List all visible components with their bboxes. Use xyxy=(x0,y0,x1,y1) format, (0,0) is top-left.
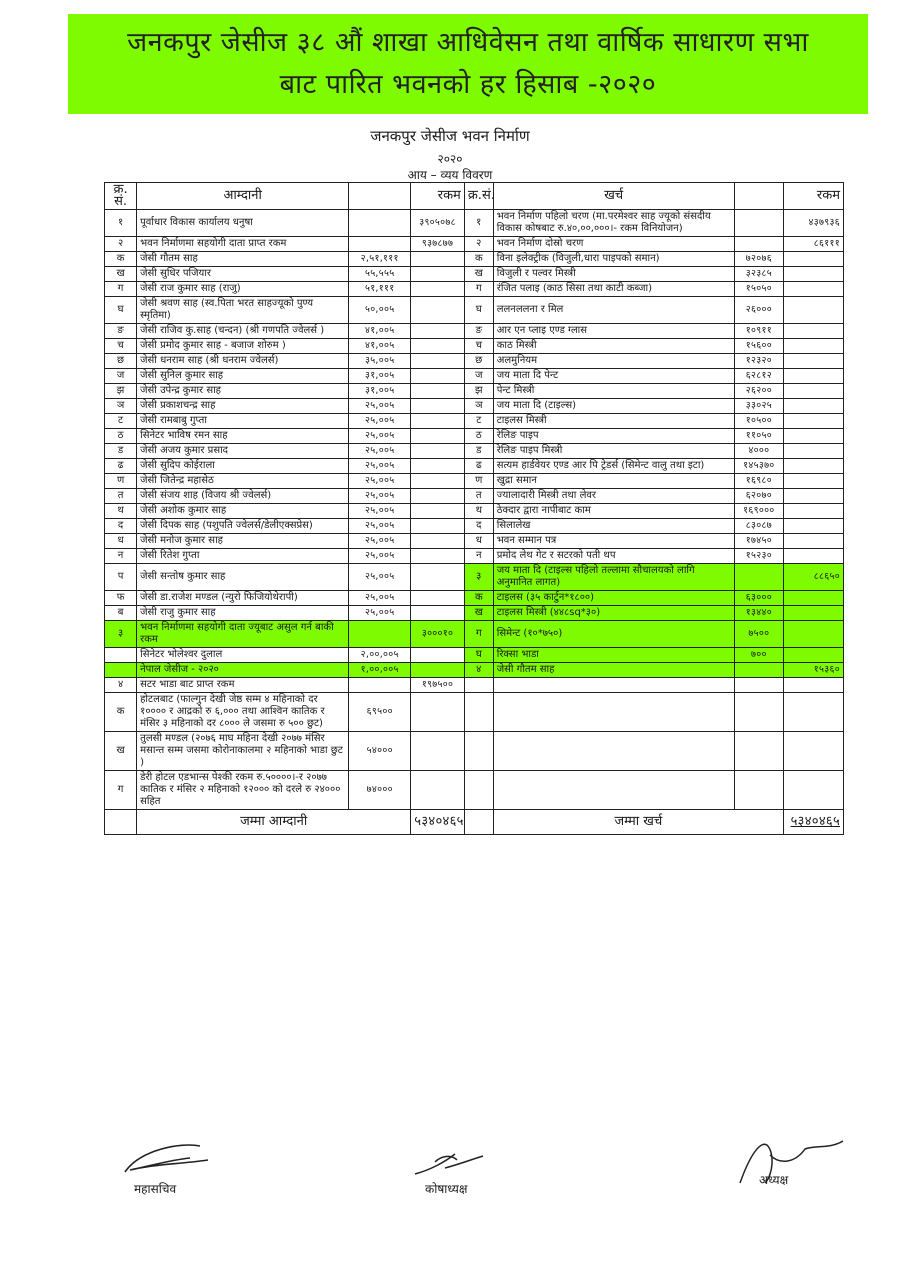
document-title: जनकपुर जेसीज भवन निर्माण xyxy=(0,126,900,146)
total-blank-1 xyxy=(105,810,137,835)
row-sn2: ठ xyxy=(464,429,493,444)
row-income-subamount: २५,००५ xyxy=(349,489,411,504)
row-expense-desc: विना इलेक्ट्रीक (विजुली,धारा पाइपको समान… xyxy=(493,252,734,267)
row-income-amount xyxy=(411,429,465,444)
row-income-amount xyxy=(411,282,465,297)
row-sn: २ xyxy=(105,237,137,252)
row-expense-amount xyxy=(783,648,843,663)
row-income-subamount xyxy=(349,210,411,237)
row-sn: छ xyxy=(105,354,137,369)
row-expense-subamount: ६२०७० xyxy=(734,489,783,504)
row-income-subamount: २५,००५ xyxy=(349,564,411,591)
row-expense-desc: टाइलस (३५ कार्टुन*१८००) xyxy=(493,591,734,606)
header-income-blank xyxy=(349,183,411,210)
row-income-subamount: २,५१,१११ xyxy=(349,252,411,267)
row-income-desc: जेसी अशोक कुमार साह xyxy=(137,504,349,519)
row-income-subamount: २५,००५ xyxy=(349,519,411,534)
row-sn: न xyxy=(105,549,137,564)
row-income-desc: जेसी राजिव कु.साह (चन्दन) (श्री गणपति ज्… xyxy=(137,324,349,339)
row-income-amount xyxy=(411,399,465,414)
header-income-amount: रकम xyxy=(411,183,465,210)
row-income-desc: जेसी राज कुमार साह (राजु) xyxy=(137,282,349,297)
table-row: नेपाल जेसीज - २०२०१,००,००५४जेसी गौतम साह… xyxy=(105,663,844,678)
header-sn2: क्र.सं. xyxy=(464,183,493,210)
row-expense-subamount xyxy=(734,771,783,810)
row-sn xyxy=(105,663,137,678)
row-income-subamount: ३५,००५ xyxy=(349,354,411,369)
row-income-desc: पूर्वाधार विकास कार्यालय धनुषा xyxy=(137,210,349,237)
row-expense-amount xyxy=(783,678,843,693)
row-expense-amount: ८८६५० xyxy=(783,564,843,591)
row-income-desc: भवन निर्माणमा सहयोगी दाता ज्यूबाट असुल ग… xyxy=(137,621,349,648)
table-header-row: क्र. सं. आम्दानी रकम क्र.सं. खर्च रकम xyxy=(105,183,844,210)
row-sn: द xyxy=(105,519,137,534)
row-income-amount xyxy=(411,693,465,732)
header-sn: क्र. सं. xyxy=(105,183,137,210)
row-sn2: ङ xyxy=(464,324,493,339)
row-income-desc: जेसी उपेन्द्र कुमार साह xyxy=(137,384,349,399)
row-sn: ढ xyxy=(105,459,137,474)
row-expense-subamount xyxy=(734,693,783,732)
row-income-subamount: २५,००५ xyxy=(349,399,411,414)
row-expense-desc: काठ मिस्त्री xyxy=(493,339,734,354)
row-income-desc: जेसी रामबाबु गुप्ता xyxy=(137,414,349,429)
row-expense-desc: टाइलस मिस्त्री (४४८sq*३०) xyxy=(493,606,734,621)
row-sn2: ड xyxy=(464,444,493,459)
general-secretary-label: महासचिव xyxy=(134,1180,210,1197)
row-expense-subamount: ६२८१२ xyxy=(734,369,783,384)
row-expense-subamount: १७४५० xyxy=(734,534,783,549)
row-sn2: झ xyxy=(464,384,493,399)
row-sn2: थ xyxy=(464,504,493,519)
row-expense-subamount: २६२०० xyxy=(734,384,783,399)
row-sn2: ध xyxy=(464,534,493,549)
row-sn2: ढ xyxy=(464,459,493,474)
totals-row: जम्मा आम्दानी ५३४०४६५ जम्मा खर्च ५३४०४६५ xyxy=(105,810,844,835)
row-expense-subamount: १५२३० xyxy=(734,549,783,564)
row-expense-desc xyxy=(493,678,734,693)
row-expense-amount xyxy=(783,489,843,504)
row-expense-desc: ठेक्दार द्वारा नापीबाट काम xyxy=(493,504,734,519)
row-income-desc: जेसी दिपक साह (पशुपति ज्वेलर्स/डेलीएक्सप… xyxy=(137,519,349,534)
row-sn2: १ xyxy=(464,210,493,237)
row-income-subamount: २५,००५ xyxy=(349,444,411,459)
row-sn: ३ xyxy=(105,621,137,648)
row-income-desc: जेसी संजय शाह (विजय श्री ज्वेलर्स) xyxy=(137,489,349,504)
row-sn: क xyxy=(105,693,137,732)
row-income-desc: जेसी श्रवण साह (स्व.पिता भरत साहज्यूको प… xyxy=(137,297,349,324)
row-expense-desc: पेन्ट मिस्त्री xyxy=(493,384,734,399)
row-income-subamount: २५,००५ xyxy=(349,534,411,549)
row-income-amount xyxy=(411,504,465,519)
row-sn: ञ xyxy=(105,399,137,414)
row-income-desc: जेसी सन्तोष कुमार साह xyxy=(137,564,349,591)
table-row: कजेसी गौतम साह२,५१,१११कविना इलेक्ट्रीक (… xyxy=(105,252,844,267)
row-income-subamount xyxy=(349,621,411,648)
income-total-value: ५३४०४६५ xyxy=(411,810,465,835)
signature-general-secretary: महासचिव xyxy=(120,1140,210,1197)
row-income-subamount: २५,००५ xyxy=(349,591,411,606)
signature-president: अध्यक्ष xyxy=(735,1135,845,1188)
document-subtitle: आय – व्यय विवरण xyxy=(0,166,900,183)
row-sn2 xyxy=(464,693,493,732)
treasurer-label: कोषाध्यक्ष xyxy=(425,1180,485,1197)
row-expense-desc: भवन सम्मान पत्र xyxy=(493,534,734,549)
row-income-desc: डेरी होटल एडभान्स पेश्की रकम रु.५००००।-र… xyxy=(137,771,349,810)
row-income-amount xyxy=(411,549,465,564)
row-expense-subamount: १२३२० xyxy=(734,354,783,369)
row-expense-desc: रिक्सा भाडा xyxy=(493,648,734,663)
banner-line-1: जनकपुर जेसीज ३८ औं शाखा आधिवेसन तथा वार्… xyxy=(68,14,868,58)
table-row: छजेसी धनराम साह (श्री धनराम ज्वेलर्स)३५,… xyxy=(105,354,844,369)
row-expense-amount xyxy=(783,399,843,414)
row-expense-subamount: १३४४० xyxy=(734,606,783,621)
row-income-desc: जेसी डा.राजेश मण्डल (न्युरो फिजियोथेरापी… xyxy=(137,591,349,606)
row-expense-subamount: १५०५० xyxy=(734,282,783,297)
row-income-subamount: २५,००५ xyxy=(349,606,411,621)
row-sn: थ xyxy=(105,504,137,519)
row-expense-subamount xyxy=(734,732,783,771)
row-expense-subamount: १०९११ xyxy=(734,324,783,339)
row-expense-subamount xyxy=(734,210,783,237)
row-sn: ज xyxy=(105,369,137,384)
row-income-subamount: २५,००५ xyxy=(349,414,411,429)
table-row: टजेसी रामबाबु गुप्ता२५,००५टटाइलस मिस्त्र… xyxy=(105,414,844,429)
row-income-subamount: २,००,००५ xyxy=(349,648,411,663)
income-total-label: जम्मा आम्दानी xyxy=(137,810,411,835)
row-expense-subamount: ७५०० xyxy=(734,621,783,648)
table-row: बजेसी राजु कुमार साह२५,००५खटाइलस मिस्त्र… xyxy=(105,606,844,621)
row-expense-amount xyxy=(783,429,843,444)
row-sn2: ४ xyxy=(464,663,493,678)
row-income-subamount: १,००,००५ xyxy=(349,663,411,678)
row-sn2: त xyxy=(464,489,493,504)
row-income-desc: सिनेटर भाविष रमन साह xyxy=(137,429,349,444)
row-expense-desc: रेलिङ पाइप मिस्त्री xyxy=(493,444,734,459)
row-income-amount: ३०००१० xyxy=(411,621,465,648)
table-row: ढजेसी सुदिप कोईराला२५,००५ढसत्यम हार्डवेय… xyxy=(105,459,844,474)
row-income-subamount xyxy=(349,678,411,693)
row-income-subamount: ४१,००५ xyxy=(349,339,411,354)
row-sn2: घ xyxy=(464,648,493,663)
row-expense-desc: जय माता दि (टाइल्स) xyxy=(493,399,734,414)
table-row: डजेसी अजय कुमार प्रसाद२५,००५डरेलिङ पाइप … xyxy=(105,444,844,459)
row-income-desc: जेसी गौतम साह xyxy=(137,252,349,267)
row-sn: ख xyxy=(105,732,137,771)
row-expense-desc: आर एन प्लाइ एण्ड ग्लास xyxy=(493,324,734,339)
row-sn: ब xyxy=(105,606,137,621)
row-expense-desc: रेलिङ पाइप xyxy=(493,429,734,444)
row-income-subamount: ३१,००५ xyxy=(349,384,411,399)
row-expense-subamount xyxy=(734,564,783,591)
row-income-amount xyxy=(411,267,465,282)
row-sn: त xyxy=(105,489,137,504)
row-expense-subamount: २६००० xyxy=(734,297,783,324)
row-expense-amount xyxy=(783,444,843,459)
row-expense-amount xyxy=(783,606,843,621)
table-row: घजेसी श्रवण साह (स्व.पिता भरत साहज्यूको … xyxy=(105,297,844,324)
row-expense-amount xyxy=(783,474,843,489)
row-expense-amount xyxy=(783,339,843,354)
signature-treasurer: कोषाध्यक्ष xyxy=(405,1140,485,1197)
row-income-amount xyxy=(411,606,465,621)
row-income-subamount: ६९५०० xyxy=(349,693,411,732)
table-row: १पूर्वाधार विकास कार्यालय धनुषा३९०५०७८१भ… xyxy=(105,210,844,237)
row-expense-subamount: ७२०७६ xyxy=(734,252,783,267)
row-sn2 xyxy=(464,732,493,771)
row-expense-desc: सिलालेख xyxy=(493,519,734,534)
row-sn: ण xyxy=(105,474,137,489)
row-expense-desc: जय माता दि पेन्ट xyxy=(493,369,734,384)
header-income: आम्दानी xyxy=(137,183,349,210)
row-expense-desc: खुद्रा समान xyxy=(493,474,734,489)
row-expense-amount xyxy=(783,534,843,549)
row-expense-desc xyxy=(493,771,734,810)
row-expense-desc: टाइलस मिस्त्री xyxy=(493,414,734,429)
table-row: ङजेसी राजिव कु.साह (चन्दन) (श्री गणपति ज… xyxy=(105,324,844,339)
row-income-subamount: २५,००५ xyxy=(349,549,411,564)
expense-total-label: जम्मा खर्च xyxy=(493,810,783,835)
table-row: नजेसी रितेश गुप्ता२५,००५नप्रमोद लेथ गेट … xyxy=(105,549,844,564)
row-expense-amount xyxy=(783,297,843,324)
row-sn2: ख xyxy=(464,606,493,621)
row-income-subamount: ५५,५५५ xyxy=(349,267,411,282)
row-sn: ग xyxy=(105,282,137,297)
table-row: जजेसी सुनिल कुमार साह३१,००५जजय माता दि प… xyxy=(105,369,844,384)
row-expense-subamount: १६९८० xyxy=(734,474,783,489)
row-expense-subamount: १०५०० xyxy=(734,414,783,429)
row-income-desc: भवन निर्माणमा सहयोगी दाता प्राप्त रकम xyxy=(137,237,349,252)
header-expense-amount: रकम xyxy=(783,183,843,210)
row-expense-amount xyxy=(783,591,843,606)
table-row: ञजेसी प्रकाशचन्द्र साह२५,००५ञजय माता दि … xyxy=(105,399,844,414)
row-expense-subamount xyxy=(734,663,783,678)
row-expense-amount xyxy=(783,771,843,810)
row-income-amount xyxy=(411,591,465,606)
row-sn2: ग xyxy=(464,621,493,648)
row-income-subamount: ५१,१११ xyxy=(349,282,411,297)
row-income-amount xyxy=(411,369,465,384)
row-income-amount xyxy=(411,489,465,504)
row-income-amount xyxy=(411,252,465,267)
row-sn2: ३ xyxy=(464,564,493,591)
table-row: सिनेटर भोलेश्वर दुलाल२,००,००५घरिक्सा भाड… xyxy=(105,648,844,663)
row-income-amount xyxy=(411,519,465,534)
row-expense-desc: सिमेन्ट (१०*७५०) xyxy=(493,621,734,648)
row-sn2: ज xyxy=(464,369,493,384)
row-income-amount xyxy=(411,732,465,771)
table-row: दजेसी दिपक साह (पशुपति ज्वेलर्स/डेलीएक्स… xyxy=(105,519,844,534)
row-sn2: ण xyxy=(464,474,493,489)
row-expense-amount xyxy=(783,252,843,267)
row-expense-amount xyxy=(783,732,843,771)
row-sn2: क xyxy=(464,252,493,267)
row-income-amount xyxy=(411,771,465,810)
row-sn2 xyxy=(464,771,493,810)
row-income-amount xyxy=(411,384,465,399)
header-expense-blank xyxy=(734,183,783,210)
row-income-amount xyxy=(411,339,465,354)
row-income-desc: नेपाल जेसीज - २०२० xyxy=(137,663,349,678)
row-income-subamount: २५,००५ xyxy=(349,474,411,489)
row-expense-desc xyxy=(493,693,734,732)
row-income-amount xyxy=(411,564,465,591)
row-expense-subamount: ३२३८५ xyxy=(734,267,783,282)
total-blank-2 xyxy=(464,810,493,835)
banner-line-2: बाट पारित भवनको हर हिसाब -२०२० xyxy=(68,58,868,100)
row-expense-desc: रंजित पलाइ (काठ सिसा तथा काटी कब्जा) xyxy=(493,282,734,297)
row-sn: प xyxy=(105,564,137,591)
row-expense-amount xyxy=(783,504,843,519)
row-sn2: २ xyxy=(464,237,493,252)
row-income-desc: जेसी सुधिर पजियार xyxy=(137,267,349,282)
row-income-subamount: २५,००५ xyxy=(349,429,411,444)
row-expense-amount xyxy=(783,549,843,564)
row-expense-desc: ललनललना र मिल xyxy=(493,297,734,324)
row-expense-amount: १५३६० xyxy=(783,663,843,678)
row-sn2: ट xyxy=(464,414,493,429)
expense-total-value: ५३४०४६५ xyxy=(783,810,843,835)
row-income-desc: जेसी प्रमोद कुमार साह - बजाज शोरुम ) xyxy=(137,339,349,354)
row-expense-desc xyxy=(493,732,734,771)
row-income-amount: ९३७८७७ xyxy=(411,237,465,252)
row-income-desc: सटर भाडा बाट प्राप्त रकम xyxy=(137,678,349,693)
row-expense-subamount: १५६०० xyxy=(734,339,783,354)
table-row: थजेसी अशोक कुमार साह२५,००५थठेक्दार द्वार… xyxy=(105,504,844,519)
table-row: णजेसी जितेन्द्र महासेठ२५,००५णखुद्रा समान… xyxy=(105,474,844,489)
row-sn: ग xyxy=(105,771,137,810)
row-expense-amount xyxy=(783,459,843,474)
row-income-subamount xyxy=(349,237,411,252)
row-expense-desc: विजुली र पल्वर मिस्त्री xyxy=(493,267,734,282)
row-expense-amount xyxy=(783,693,843,732)
row-sn: ट xyxy=(105,414,137,429)
table-row: गजेसी राज कुमार साह (राजु)५१,१११गरंजित प… xyxy=(105,282,844,297)
row-expense-amount xyxy=(783,354,843,369)
table-row: कहोटलबाट (फाल्गुन देखी जेष्ठ सम्म ४ महिन… xyxy=(105,693,844,732)
row-income-subamount: २५,००५ xyxy=(349,504,411,519)
row-income-amount xyxy=(411,297,465,324)
table-row: २भवन निर्माणमा सहयोगी दाता प्राप्त रकम९३… xyxy=(105,237,844,252)
header-expense: खर्च xyxy=(493,183,734,210)
row-income-amount: ३९०५०७८ xyxy=(411,210,465,237)
row-expense-subamount: ४००० xyxy=(734,444,783,459)
row-income-amount xyxy=(411,324,465,339)
row-sn: १ xyxy=(105,210,137,237)
row-income-desc: जेसी प्रकाशचन्द्र साह xyxy=(137,399,349,414)
row-expense-amount: ४३७९३६ xyxy=(783,210,843,237)
row-sn: ठ xyxy=(105,429,137,444)
row-sn2 xyxy=(464,678,493,693)
row-sn2: च xyxy=(464,339,493,354)
row-income-amount xyxy=(411,354,465,369)
row-expense-amount xyxy=(783,414,843,429)
row-sn2: द xyxy=(464,519,493,534)
row-sn: ड xyxy=(105,444,137,459)
title-banner: जनकपुर जेसीज ३८ औं शाखा आधिवेसन तथा वार्… xyxy=(68,14,868,114)
row-income-desc: जेसी सुनिल कुमार साह xyxy=(137,369,349,384)
row-expense-amount xyxy=(783,267,843,282)
table-row: गडेरी होटल एडभान्स पेश्की रकम रु.५००००।-… xyxy=(105,771,844,810)
row-income-amount xyxy=(411,663,465,678)
row-expense-amount xyxy=(783,324,843,339)
row-expense-subamount: ३३०२५ xyxy=(734,399,783,414)
table-row: खजेसी सुधिर पजियार५५,५५५खविजुली र पल्वर … xyxy=(105,267,844,282)
row-sn: ध xyxy=(105,534,137,549)
row-income-amount xyxy=(411,648,465,663)
row-income-amount xyxy=(411,459,465,474)
row-expense-desc: अलमुनियम xyxy=(493,354,734,369)
row-sn: घ xyxy=(105,297,137,324)
row-expense-amount xyxy=(783,384,843,399)
row-sn xyxy=(105,648,137,663)
row-income-amount: १९७५०० xyxy=(411,678,465,693)
row-expense-amount xyxy=(783,282,843,297)
row-income-subamount: ५०,००५ xyxy=(349,297,411,324)
table-row: ३भवन निर्माणमा सहयोगी दाता ज्यूबाट असुल … xyxy=(105,621,844,648)
row-expense-subamount: ६३००० xyxy=(734,591,783,606)
document-year: २०२० xyxy=(0,150,900,167)
row-expense-subamount xyxy=(734,237,783,252)
row-income-desc: जेसी मनोज कुमार साह xyxy=(137,534,349,549)
row-expense-desc: जेसी गौतम साह xyxy=(493,663,734,678)
row-sn: झ xyxy=(105,384,137,399)
row-sn2: ञ xyxy=(464,399,493,414)
row-income-desc: तुलसी मण्डल (२०७६ माघ महिना देखी २०७७ मं… xyxy=(137,732,349,771)
row-income-desc: जेसी धनराम साह (श्री धनराम ज्वेलर्स) xyxy=(137,354,349,369)
row-expense-desc: जय माता दि (टाइल्स पहिलो तल्लामा सौचालयक… xyxy=(493,564,734,591)
row-expense-amount xyxy=(783,519,843,534)
signature-scribble-icon xyxy=(120,1140,210,1180)
row-income-subamount: ४१,००५ xyxy=(349,324,411,339)
row-expense-subamount: १६९००० xyxy=(734,504,783,519)
row-income-subamount: ७४००० xyxy=(349,771,411,810)
row-income-desc: सिनेटर भोलेश्वर दुलाल xyxy=(137,648,349,663)
row-expense-amount xyxy=(783,369,843,384)
row-income-desc: जेसी राजु कुमार साह xyxy=(137,606,349,621)
row-sn: ख xyxy=(105,267,137,282)
row-sn2: ख xyxy=(464,267,493,282)
table-row: खतुलसी मण्डल (२०७६ माघ महिना देखी २०७७ म… xyxy=(105,732,844,771)
row-income-amount xyxy=(411,534,465,549)
row-sn: ङ xyxy=(105,324,137,339)
row-sn: फ xyxy=(105,591,137,606)
row-income-amount xyxy=(411,444,465,459)
row-income-desc: जेसी अजय कुमार प्रसाद xyxy=(137,444,349,459)
table-row: पजेसी सन्तोष कुमार साह२५,००५३जय माता दि … xyxy=(105,564,844,591)
row-expense-subamount xyxy=(734,678,783,693)
table-body: १पूर्वाधार विकास कार्यालय धनुषा३९०५०७८१भ… xyxy=(105,210,844,810)
row-expense-subamount: ७०० xyxy=(734,648,783,663)
row-income-amount xyxy=(411,414,465,429)
row-sn2: घ xyxy=(464,297,493,324)
row-expense-desc: भवन निर्माण दोस्रो चरण xyxy=(493,237,734,252)
row-income-desc: जेसी रितेश गुप्ता xyxy=(137,549,349,564)
row-income-desc: होटलबाट (फाल्गुन देखी जेष्ठ सम्म ४ महिना… xyxy=(137,693,349,732)
row-sn2: छ xyxy=(464,354,493,369)
row-income-subamount: २५,००५ xyxy=(349,459,411,474)
table-row: झजेसी उपेन्द्र कुमार साह३१,००५झपेन्ट मिस… xyxy=(105,384,844,399)
row-expense-desc: ज्यालादारी मिस्त्री तथा लेवर xyxy=(493,489,734,504)
row-sn2: क xyxy=(464,591,493,606)
row-income-desc: जेसी जितेन्द्र महासेठ xyxy=(137,474,349,489)
row-income-amount xyxy=(411,474,465,489)
row-expense-subamount: ११०५० xyxy=(734,429,783,444)
table-row: चजेसी प्रमोद कुमार साह - बजाज शोरुम )४१,… xyxy=(105,339,844,354)
row-expense-amount xyxy=(783,621,843,648)
row-expense-subamount: १४५३७० xyxy=(734,459,783,474)
row-expense-desc: भवन निर्माण पहिलो चरण (मा.परमेश्वर साह ज… xyxy=(493,210,734,237)
